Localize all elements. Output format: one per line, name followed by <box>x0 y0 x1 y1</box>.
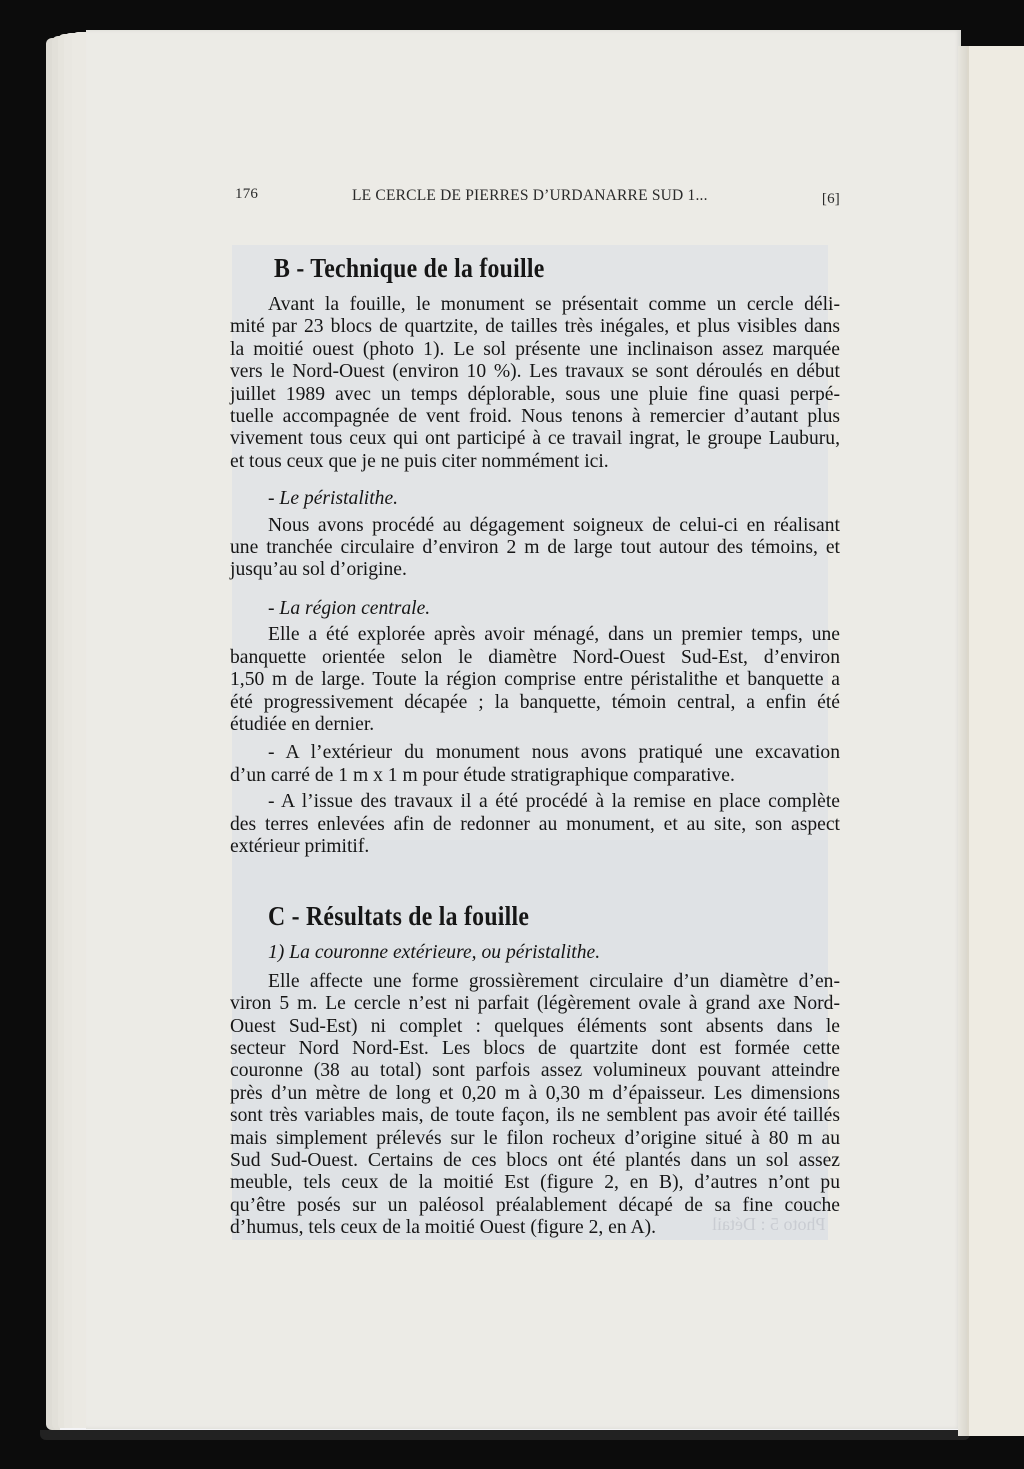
section-c-heading: C - Résultats de la fouille <box>268 898 771 934</box>
text-line: Sud Sud-Ouest. Certains de ces blocs ont… <box>230 1150 840 1172</box>
text-line: d’un carré de 1 m x 1 m pour étude strat… <box>230 765 840 787</box>
text-line: meuble, tels ceux de la moitié Est (figu… <box>230 1172 840 1194</box>
section-b-intro-paragraph: Avant la fouille, le monument se présent… <box>230 294 840 473</box>
text-line: Ouest Sud-Est) ni complet : quelques élé… <box>230 1016 840 1038</box>
text-line: vers le Nord-Ouest (environ 10 %). Les t… <box>230 361 840 383</box>
text-line: une tranchée circulaire d’environ 2 m de… <box>230 537 840 559</box>
book-bottom-shadow <box>40 1430 970 1440</box>
text-line: couronne (38 au total) sont parfois asse… <box>230 1060 840 1082</box>
peristalithe-paragraph: Nous avons procédé au dégagement soigneu… <box>230 515 840 582</box>
text-line: et tous ceux que je ne puis citer nommém… <box>230 451 840 473</box>
text-line: juillet 1989 avec un temps déplorable, s… <box>230 384 840 406</box>
couronne-paragraph: Elle affecte une forme grossièrement cir… <box>230 971 840 1240</box>
facing-page-edge <box>967 46 1024 1436</box>
text-line: banquette orientée selon le diamètre Nor… <box>230 647 840 669</box>
text-line: sont très variables mais, de toute façon… <box>230 1105 840 1127</box>
showthrough-caption: Photo 5 : Détail <box>712 1214 826 1235</box>
text-line: été progressivement décapée ; la banquet… <box>230 692 840 714</box>
page-number: 176 <box>235 186 258 203</box>
section-b-heading: B - Technique de la fouille <box>274 250 772 286</box>
text-line: vivement tous ceux qui ont participé à c… <box>230 428 840 450</box>
text-line: étudiée en dernier. <box>230 714 840 736</box>
text-line: Nous avons procédé au dégagement soigneu… <box>230 515 840 537</box>
exterieur-paragraph: - A l’extérieur du monument nous avons p… <box>230 742 840 787</box>
text-line: mité par 23 blocs de quartzite, de taill… <box>230 316 840 338</box>
text-line: jusqu’au sol d’origine. <box>230 559 840 581</box>
text-line: - A l’extérieur du monument nous avons p… <box>230 742 840 764</box>
text-line: Elle affecte une forme grossièrement cir… <box>230 971 840 993</box>
peristalithe-subheading: - Le péristalithe. <box>230 488 840 510</box>
text-line: près d’un mètre de long et 0,20 m à 0,30… <box>230 1083 840 1105</box>
text-line: 1,50 m de large. Toute la région compris… <box>230 669 840 691</box>
region-centrale-paragraph: Elle a été explorée après avoir ménagé, … <box>230 624 840 736</box>
running-title: LE CERCLE DE PIERRES D’URDANARRE SUD 1..… <box>352 187 708 205</box>
text-line: des terres enlevées afin de redonner au … <box>230 814 840 836</box>
text-line: - A l’issue des travaux il a été procédé… <box>230 791 840 813</box>
text-line: secteur Nord Nord-Est. Les blocs de quar… <box>230 1038 840 1060</box>
text-line: mais simplement prélevés sur le filon ro… <box>230 1128 840 1150</box>
running-head: 176 LE CERCLE DE PIERRES D’URDANARRE SUD… <box>235 186 840 208</box>
issue-paragraph: - A l’issue des travaux il a été procédé… <box>230 791 840 858</box>
text-line: viron 5 m. Le cercle n’est ni parfait (l… <box>230 993 840 1015</box>
text-line: la moitié ouest (photo 1). Le sol présen… <box>230 339 840 361</box>
text-line: extérieur primitif. <box>230 836 840 858</box>
page-body: B - Technique de la fouille Avant la fou… <box>230 245 840 1240</box>
couronne-subheading: 1) La couronne extérieure, ou péristalit… <box>230 942 840 964</box>
text-line: tuelle accompagnée de vent froid. Nous t… <box>230 406 840 428</box>
text-line: Avant la fouille, le monument se présent… <box>230 294 840 316</box>
bracket-page-number: [6] <box>822 191 840 208</box>
text-line: Elle a été explorée après avoir ménagé, … <box>230 624 840 646</box>
region-centrale-subheading: - La région centrale. <box>230 598 840 620</box>
